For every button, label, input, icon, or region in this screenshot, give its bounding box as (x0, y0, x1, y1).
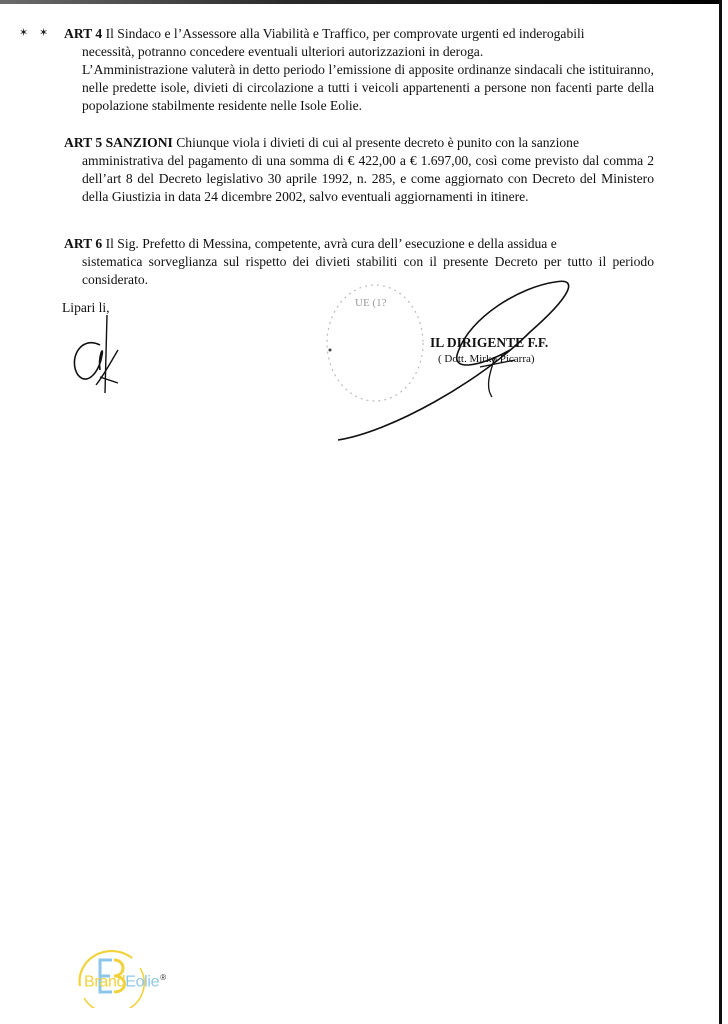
signatory-name: ( Dott. Mirko Picarra) (438, 353, 535, 365)
article-4-paragraph-2: L’Amministrazione valuterà in detto peri… (64, 61, 654, 115)
article-6-heading: ART 6 (64, 236, 102, 251)
scan-top-border (0, 0, 721, 4)
article-6-first-line: Il Sig. Prefetto di Messina, competente,… (102, 236, 557, 251)
article-4-continuation: necessità, potranno concedere eventuali … (64, 43, 654, 61)
place-date: Lipari li, (62, 300, 110, 316)
handwritten-signature-left (60, 315, 130, 395)
brand-text-part1: Brand (84, 973, 125, 990)
article-4: ART 4 Il Sindaco e l’Assessore alla Viab… (64, 25, 654, 115)
brandeolie-watermark-text: BrandEolie® (84, 973, 166, 991)
article-4-first-line: Il Sindaco e l’Assessore alla Viabilità … (102, 26, 584, 41)
article-5-heading: ART 5 SANZIONI (64, 135, 173, 150)
scan-right-border (719, 0, 722, 1024)
article-4-heading: ART 4 (64, 26, 102, 41)
article-5-first-line: Chiunque viola i divieti di cui al prese… (173, 135, 579, 150)
article-5-continuation: amministrativa del pagamento di una somm… (64, 152, 654, 206)
registered-mark: ® (160, 973, 166, 982)
brand-text-part2: Eolie (125, 973, 159, 990)
corner-marks: ✶ ✶ (19, 26, 52, 39)
signatory-title: IL DIRIGENTE F.F. (430, 335, 548, 351)
article-5: ART 5 SANZIONI Chiunque viola i divieti … (64, 134, 654, 206)
